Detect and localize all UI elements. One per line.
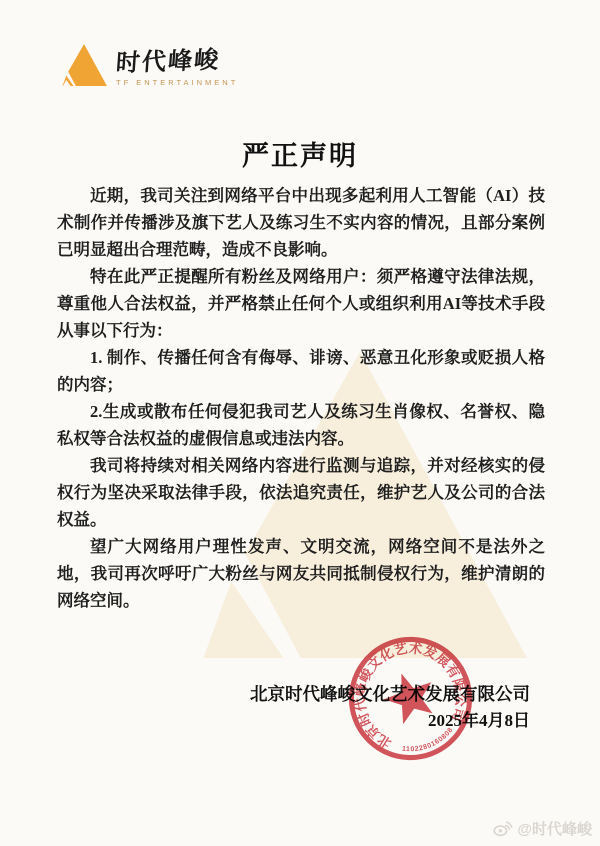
statement-paragraph: 近期，我司关注到网络平台中出现多起利用人工智能（AI）技术制作并传播涉及旗下艺人…: [57, 182, 545, 263]
logo-subtitle: TF ENTERTAINMENT: [116, 78, 238, 87]
statement-paragraph: 2.生成或散布任何侵犯我司艺人及练习生肖像权、名誉权、隐私权等合法权益的虚假信息…: [57, 398, 545, 452]
statement-title: 严正声明: [0, 134, 600, 173]
statement-body: 近期，我司关注到网络平台中出现多起利用人工智能（AI）技术制作并传播涉及旗下艺人…: [57, 182, 545, 614]
company-seal-stamp: 北京时代峰峻文化艺术发展有限公司 1102280160808: [347, 635, 474, 762]
seal-star-icon: [378, 665, 442, 728]
logo-company-name: 时代峰峻: [115, 47, 240, 77]
statement-paragraph: 1. 制作、传播任何含有侮辱、诽谤、恶意丑化形象或贬损人格的内容；: [57, 344, 545, 398]
statement-paragraph: 望广大网络用户理性发声、文明交流，网络空间不是法外之地，我司再次呼吁广大粉丝与网…: [57, 533, 545, 614]
logo-text-block: 时代峰峻 TF ENTERTAINMENT: [116, 49, 238, 87]
weibo-handle: @时代峰峻: [517, 818, 592, 839]
statement-paragraph: 特在此严正提醒所有粉丝及网络用户：须严格遵守法律法规，尊重他人合法权益，并严格禁…: [57, 263, 545, 344]
company-logo: 时代峰峻 TF ENTERTAINMENT: [60, 43, 238, 87]
statement-page: 时代峰峻 TF ENTERTAINMENT 严正声明 近期，我司关注到网络平台中…: [0, 0, 600, 846]
weibo-icon: [493, 820, 513, 837]
logo-triangle-icon: [60, 43, 108, 87]
statement-paragraph: 我司将持续对相关网络内容进行监测与追踪，并对经核实的侵权行为坚决采取法律手段，依…: [57, 452, 545, 533]
weibo-watermark: @时代峰峻: [493, 818, 592, 839]
